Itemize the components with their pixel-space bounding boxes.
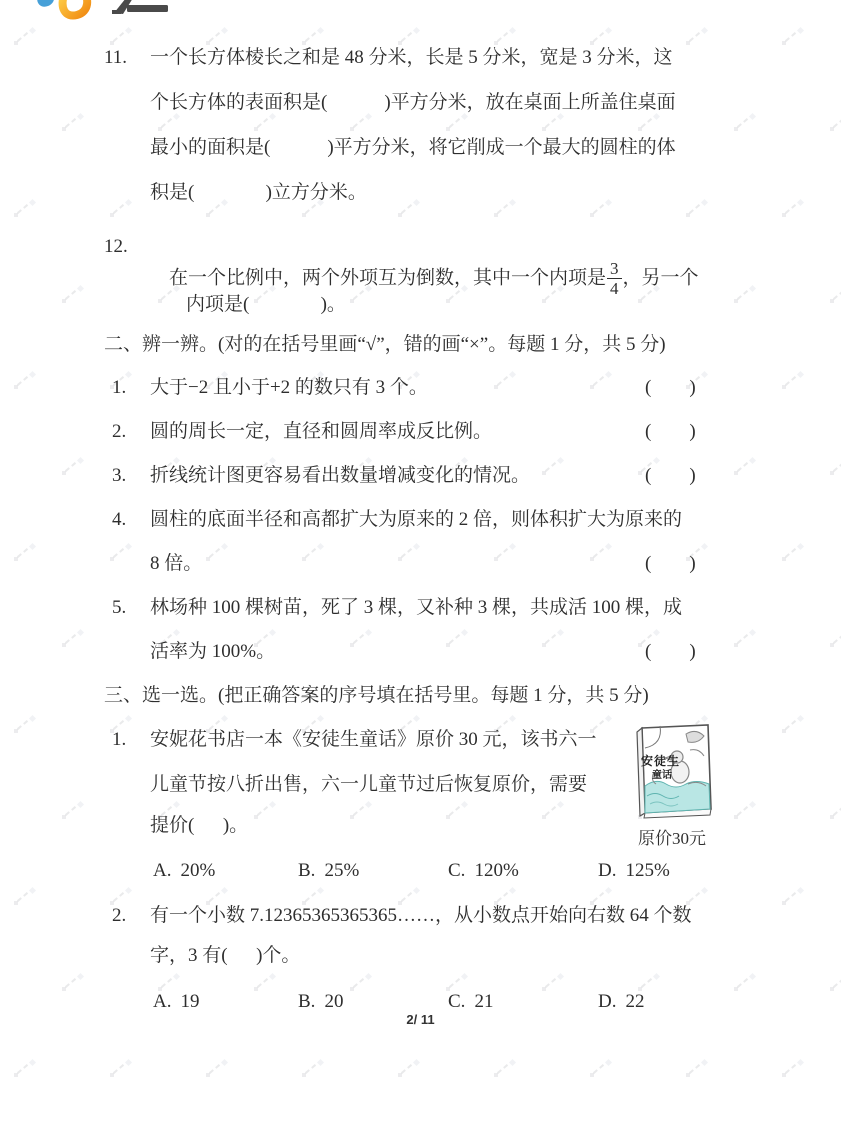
- judge-5-text-line-2: 活率为 100%。: [150, 639, 275, 665]
- watermark-mark-icon: [734, 628, 756, 650]
- watermark-mark-icon: [254, 972, 276, 994]
- watermark-mark-icon: [62, 284, 84, 306]
- watermark-mark-icon: [446, 628, 468, 650]
- watermark-mark-icon: [62, 456, 84, 478]
- watermark-mark-icon: [110, 542, 132, 564]
- watermark-mark-icon: [590, 1058, 612, 1080]
- watermark-mark-icon: [542, 628, 564, 650]
- watermark-mark-icon: [14, 370, 36, 392]
- watermark-mark-icon: [494, 198, 516, 220]
- choice-1-line-3: 提价( )。: [150, 813, 248, 839]
- q12-line-1-after: ，另一个: [623, 267, 699, 288]
- fraction-numerator: 3: [607, 260, 622, 279]
- judge-4-answer-bracket: ( ): [645, 551, 696, 577]
- choice-2-line-1: 有一个小数 7.12365365365365……，从小数点开始向右数 64 个数: [150, 903, 692, 929]
- watermark-mark-icon: [542, 972, 564, 994]
- judge-2-number: 2.: [112, 419, 126, 445]
- watermark-mark-icon: [446, 800, 468, 822]
- judge-4-text-line-2: 8 倍。: [150, 551, 202, 577]
- watermark-mark-icon: [734, 456, 756, 478]
- watermark-mark-icon: [398, 198, 420, 220]
- watermark-mark-icon: [398, 1058, 420, 1080]
- watermark-mark-icon: [782, 1058, 804, 1080]
- choice-1-line-2: 儿童节按八折出售，六一儿童节过后恢复原价，需要: [150, 772, 587, 798]
- q1-option-c-value: 120%: [474, 860, 518, 881]
- watermark-mark-icon: [686, 26, 708, 48]
- choice-section-title: 三、选一选。(把正确答案的序号填在括号里。每题 1 分，共 5 分): [104, 683, 649, 709]
- watermark-mark-icon: [734, 800, 756, 822]
- watermark-mark-icon: [782, 886, 804, 908]
- watermark-mark-icon: [14, 198, 36, 220]
- q2-option-d-label: D.: [598, 991, 616, 1012]
- watermark-mark-icon: [830, 972, 841, 994]
- q1-option-c: C.120%: [448, 858, 519, 884]
- exam-page: 11. 一个长方体棱长之和是 48 分米，长是 5 分米，宽是 3 分米，这 个…: [0, 0, 841, 1122]
- q12-line-1: 在一个比例中，两个外项互为倒数，其中一个内项是34，另一个: [150, 234, 699, 260]
- watermark-mark-icon: [14, 1058, 36, 1080]
- watermark-pattern: [0, 0, 841, 1122]
- watermark-mark-icon: [302, 1058, 324, 1080]
- q2-option-c-value: 21: [474, 991, 493, 1012]
- q1-option-a: A.20%: [153, 858, 215, 884]
- judge-3-answer-bracket: ( ): [645, 463, 696, 489]
- watermark-mark-icon: [782, 714, 804, 736]
- watermark-mark-icon: [398, 542, 420, 564]
- q11-number: 11.: [104, 45, 127, 71]
- q2-option-b-label: B.: [298, 991, 315, 1012]
- judge-5-text-line-1: 林场种 100 棵树苗，死了 3 棵，又补种 3 棵，共成活 100 棵，成: [150, 595, 682, 621]
- q1-option-a-label: A.: [153, 860, 171, 881]
- watermark-mark-icon: [14, 714, 36, 736]
- q11-line-3: 最小的面积是( )平方分米，将它削成一个最大的圆柱的体: [150, 135, 676, 161]
- watermark-mark-icon: [590, 198, 612, 220]
- watermark-mark-icon: [686, 198, 708, 220]
- choice-1-number: 1.: [112, 727, 126, 753]
- judge-5-number: 5.: [112, 595, 126, 621]
- watermark-mark-icon: [830, 284, 841, 306]
- watermark-mark-icon: [206, 542, 228, 564]
- watermark-mark-icon: [206, 1058, 228, 1080]
- q1-option-b: B.25%: [298, 858, 359, 884]
- judge-1-number: 1.: [112, 375, 126, 401]
- q1-option-a-value: 20%: [180, 860, 215, 881]
- book-cover-title-line-2: 童话: [652, 766, 672, 781]
- watermark-mark-icon: [542, 456, 564, 478]
- judge-4-text-line-1: 圆柱的底面半径和高都扩大为原来的 2 倍，则体积扩大为原来的: [150, 507, 682, 533]
- book-price-caption: 原价30元: [624, 824, 720, 849]
- q1-option-c-label: C.: [448, 860, 465, 881]
- fraction-three-fourths: 34: [607, 260, 622, 297]
- judge-3-text: 折线统计图更容易看出数量增减变化的情况。: [150, 463, 530, 489]
- judge-1-text: 大于−2 且小于+2 的数只有 3 个。: [150, 375, 428, 401]
- swoosh-icon: [32, 0, 102, 23]
- q1-option-d-value: 125%: [625, 860, 669, 881]
- watermark-mark-icon: [734, 284, 756, 306]
- watermark-mark-icon: [62, 628, 84, 650]
- book-cover-image: [629, 722, 715, 824]
- judge-2-answer-bracket: ( ): [645, 419, 696, 445]
- watermark-mark-icon: [350, 628, 372, 650]
- watermark-mark-icon: [734, 112, 756, 134]
- watermark-mark-icon: [830, 628, 841, 650]
- page-number: 2/ 11: [0, 1012, 841, 1027]
- choice-2-line-2: 字，3 有( )个。: [150, 943, 300, 969]
- watermark-mark-icon: [686, 1058, 708, 1080]
- watermark-mark-icon: [830, 456, 841, 478]
- q11-line-2: 个长方体的表面积是( )平方分米，放在桌面上所盖住桌面: [150, 90, 676, 116]
- judge-5-answer-bracket: ( ): [645, 639, 696, 665]
- q1-option-b-label: B.: [298, 860, 315, 881]
- q11-line-4: 积是( )立方分米。: [150, 180, 367, 206]
- watermark-mark-icon: [542, 800, 564, 822]
- watermark-mark-icon: [62, 800, 84, 822]
- q2-option-c-label: C.: [448, 991, 465, 1012]
- watermark-mark-icon: [62, 112, 84, 134]
- watermark-mark-icon: [110, 198, 132, 220]
- fraction-denominator: 4: [607, 279, 622, 297]
- watermark-mark-icon: [62, 972, 84, 994]
- brand-logo-icon: [32, 0, 102, 23]
- watermark-mark-icon: [782, 26, 804, 48]
- judge-section-title: 二、辨一辨。(对的在括号里画“√”，错的画“×”。每题 1 分，共 5 分): [104, 332, 666, 358]
- watermark-mark-icon: [14, 26, 36, 48]
- watermark-mark-icon: [782, 198, 804, 220]
- judge-4-number: 4.: [112, 507, 126, 533]
- watermark-mark-icon: [254, 800, 276, 822]
- q12-line-2: 内项是( )。: [186, 292, 346, 318]
- watermark-mark-icon: [830, 112, 841, 134]
- choice-2-number: 2.: [112, 903, 126, 929]
- watermark-mark-icon: [782, 370, 804, 392]
- watermark-mark-icon: [734, 972, 756, 994]
- choice-1-line-1: 安妮花书店一本《安徒生童话》原价 30 元，该书六一: [150, 727, 597, 753]
- watermark-mark-icon: [590, 542, 612, 564]
- q1-option-d-label: D.: [598, 860, 616, 881]
- q12-number: 12.: [104, 234, 128, 260]
- q1-option-d: D.125%: [598, 858, 670, 884]
- judge-3-number: 3.: [112, 463, 126, 489]
- q2-option-a-value: 19: [180, 991, 199, 1012]
- q12-line-1-before: 在一个比例中，两个外项互为倒数，其中一个内项是: [169, 267, 606, 288]
- watermark-mark-icon: [350, 800, 372, 822]
- watermark-mark-icon: [110, 1058, 132, 1080]
- glyph-strokes-icon: [112, 0, 172, 16]
- watermark-mark-icon: [14, 886, 36, 908]
- watermark-mark-icon: [14, 542, 36, 564]
- q1-option-b-value: 25%: [324, 860, 359, 881]
- watermark-mark-icon: [350, 972, 372, 994]
- watermark-mark-icon: [494, 1058, 516, 1080]
- book-illustration-icon: [629, 722, 715, 824]
- watermark-mark-icon: [590, 370, 612, 392]
- watermark-mark-icon: [830, 800, 841, 822]
- judge-2-text: 圆的周长一定，直径和圆周率成反比例。: [150, 419, 492, 445]
- q2-option-d-value: 22: [625, 991, 644, 1012]
- judge-1-answer-bracket: ( ): [645, 375, 696, 401]
- watermark-mark-icon: [302, 542, 324, 564]
- watermark-mark-icon: [494, 370, 516, 392]
- q11-line-1: 一个长方体棱长之和是 48 分米，长是 5 分米，宽是 3 分米，这: [150, 45, 673, 71]
- q2-option-a-label: A.: [153, 991, 171, 1012]
- watermark-mark-icon: [782, 542, 804, 564]
- q2-option-b-value: 20: [324, 991, 343, 1012]
- watermark-mark-icon: [494, 542, 516, 564]
- cropped-title-glyph-icon: [112, 0, 172, 16]
